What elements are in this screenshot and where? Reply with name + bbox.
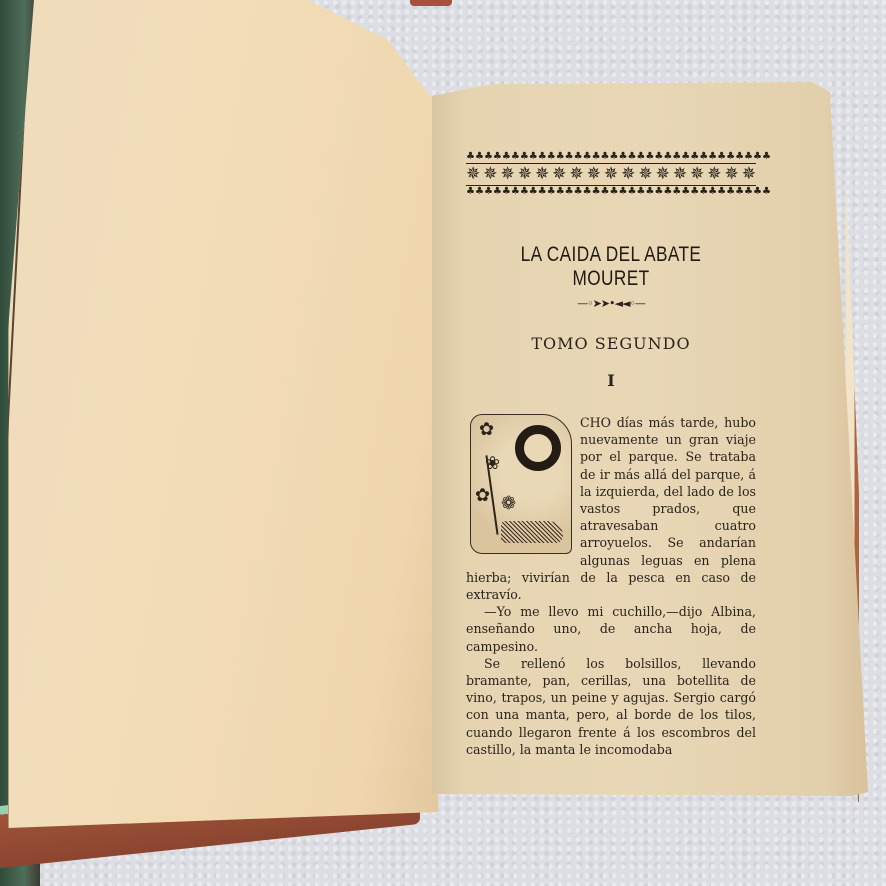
ornament-glyph-icon: ♣	[502, 187, 511, 197]
ornament-glyph-icon: ♣	[717, 187, 726, 197]
ornament-glyph-icon: ♣	[466, 152, 475, 162]
other-book-corner	[410, 0, 452, 6]
ornament-glyph-icon: ♣	[583, 187, 592, 197]
right-printed-page: ♣♣♣♣♣♣♣♣♣♣♣♣♣♣♣♣♣♣♣♣♣♣♣♣♣♣♣♣♣♣♣♣♣♣ ✵✵✵✵✵…	[432, 82, 868, 796]
ornament-glyph-icon: ♣	[610, 152, 619, 162]
paragraph-3: Se rellenó los bolsillos, llevando brama…	[466, 655, 756, 758]
ornament-glyph-icon: ♣	[520, 187, 529, 197]
ornament-glyph-icon: ♣	[538, 187, 547, 197]
ornament-glyph-icon: ♣	[672, 152, 681, 162]
header-ornament-band: ♣♣♣♣♣♣♣♣♣♣♣♣♣♣♣♣♣♣♣♣♣♣♣♣♣♣♣♣♣♣♣♣♣♣ ✵✵✵✵✵…	[466, 152, 756, 197]
flower-icon: ❁	[501, 495, 516, 512]
ornament-rosette-row: ✵✵✵✵✵✵✵✵✵✵✵✵✵✵✵✵✵	[466, 165, 756, 184]
ornament-glyph-icon: ✵	[742, 165, 756, 184]
ornament-glyph-icon: ♣	[699, 152, 708, 162]
ornament-glyph-icon: ♣	[672, 187, 681, 197]
ornament-glyph-icon: ♣	[583, 152, 592, 162]
ornament-glyph-icon: ♣	[654, 152, 663, 162]
ornament-glyph-icon: ✵	[725, 165, 739, 184]
ornament-glyph-icon: ♣	[663, 187, 672, 197]
ornament-glyph-icon: ♣	[735, 152, 744, 162]
volume-heading: TOMO SEGUNDO	[466, 334, 756, 353]
ornament-glyph-icon: ✵	[587, 165, 601, 184]
ornament-glyph-icon: ✵	[466, 165, 480, 184]
ornament-glyph-icon: ♣	[762, 152, 771, 162]
ornament-glyph-icon: ✵	[535, 165, 549, 184]
ornament-glyph-icon: ♣	[726, 187, 735, 197]
ornament-glyph-icon: ♣	[511, 152, 520, 162]
ornament-glyph-icon: ♣	[753, 187, 762, 197]
ornament-glyph-icon: ✵	[500, 165, 514, 184]
ornament-glyph-icon: ♣	[493, 187, 502, 197]
ornament-glyph-icon: ✵	[552, 165, 566, 184]
ornament-glyph-icon: ♣	[520, 152, 529, 162]
chapter-number: I	[466, 371, 756, 390]
ornament-glyph-icon: ♣	[565, 187, 574, 197]
ornament-glyph-icon: ♣	[708, 152, 717, 162]
ornament-glyph-icon: ♣	[484, 187, 493, 197]
ornament-glyph-icon: ✵	[483, 165, 497, 184]
ornament-glyph-icon: ✵	[638, 165, 652, 184]
ornament-glyph-icon: ♣	[484, 152, 493, 162]
ornament-glyph-icon: ♣	[618, 152, 627, 162]
flower-icon: ❀	[485, 455, 500, 472]
ornament-glyph-icon: ♣	[690, 187, 699, 197]
ornament-glyph-icon: ♣	[574, 152, 583, 162]
ornament-glyph-icon: ♣	[735, 187, 744, 197]
page-content: ♣♣♣♣♣♣♣♣♣♣♣♣♣♣♣♣♣♣♣♣♣♣♣♣♣♣♣♣♣♣♣♣♣♣ ✵✵✵✵✵…	[466, 152, 756, 758]
ornament-glyph-icon: ♣	[645, 187, 654, 197]
ornament-glyph-icon: ♣	[574, 187, 583, 197]
ornament-glyph-icon: ✵	[656, 165, 670, 184]
book-title: LA CAIDA DEL ABATE MOURET	[492, 243, 730, 291]
ornament-glyph-icon: ♣	[636, 152, 645, 162]
ornament-glyph-icon: ♣	[502, 152, 511, 162]
ornament-glyph-icon: ♣	[690, 152, 699, 162]
ornament-glyph-icon: ♣	[753, 152, 762, 162]
ornament-row-top: ♣♣♣♣♣♣♣♣♣♣♣♣♣♣♣♣♣♣♣♣♣♣♣♣♣♣♣♣♣♣♣♣♣♣	[466, 152, 756, 162]
ornament-glyph-icon: ♣	[565, 152, 574, 162]
ornament-glyph-icon: ♣	[601, 187, 610, 197]
ornament-glyph-icon: ✵	[621, 165, 635, 184]
ornament-glyph-icon: ♣	[663, 152, 672, 162]
ornament-glyph-icon: ♣	[493, 152, 502, 162]
ornament-glyph-icon: ✵	[707, 165, 721, 184]
ornament-glyph-icon: ♣	[681, 187, 690, 197]
ornament-glyph-icon: ♣	[708, 187, 717, 197]
ornament-glyph-icon: ♣	[627, 152, 636, 162]
ornament-glyph-icon: ♣	[511, 187, 520, 197]
drop-cap-letter-o	[515, 425, 561, 471]
ornament-glyph-icon: ♣	[466, 187, 475, 197]
ornament-glyph-icon: ♣	[744, 152, 753, 162]
ornament-glyph-icon: ♣	[627, 187, 636, 197]
ornament-row-bottom: ♣♣♣♣♣♣♣♣♣♣♣♣♣♣♣♣♣♣♣♣♣♣♣♣♣♣♣♣♣♣♣♣♣♣	[466, 187, 756, 197]
ornament-glyph-icon: ♣	[610, 187, 619, 197]
ornament-glyph-icon: ♣	[592, 187, 601, 197]
ornament-glyph-icon: ♣	[529, 187, 538, 197]
ornament-glyph-icon: ✵	[673, 165, 687, 184]
ornament-glyph-icon: ♣	[547, 187, 556, 197]
ornament-glyph-icon: ✵	[690, 165, 704, 184]
paragraph-2: —Yo me llevo mi cuchillo,—dijo Albina, e…	[466, 603, 756, 655]
ornament-glyph-icon: ♣	[744, 187, 753, 197]
ornament-glyph-icon: ♣	[699, 187, 708, 197]
ornament-glyph-icon: ✵	[569, 165, 583, 184]
ornament-glyph-icon: ♣	[556, 187, 565, 197]
ornament-glyph-icon: ♣	[547, 152, 556, 162]
ornamental-drop-cap-o-icon: ✿ ❀ ✿ ❁	[470, 414, 572, 554]
ornament-glyph-icon: ♣	[618, 187, 627, 197]
ornament-glyph-icon: ♣	[592, 152, 601, 162]
chapter-body-text: ✿ ❀ ✿ ❁ CHO días más tarde, hubo nuevame…	[466, 414, 756, 758]
landscape-illustration	[501, 521, 563, 543]
photo-scene: ♣♣♣♣♣♣♣♣♣♣♣♣♣♣♣♣♣♣♣♣♣♣♣♣♣♣♣♣♣♣♣♣♣♣ ✵✵✵✵✵…	[0, 0, 886, 886]
left-blank-page	[8, 0, 439, 828]
ornament-glyph-icon: ♣	[726, 152, 735, 162]
ornament-glyph-icon: ♣	[475, 187, 484, 197]
ornament-glyph-icon: ♣	[762, 187, 771, 197]
ornament-glyph-icon: ♣	[601, 152, 610, 162]
flower-icon: ✿	[479, 421, 494, 438]
ornament-glyph-icon: ♣	[636, 187, 645, 197]
ornament-glyph-icon: ♣	[681, 152, 690, 162]
ornament-glyph-icon: ♣	[654, 187, 663, 197]
ornament-glyph-icon: ♣	[475, 152, 484, 162]
title-divider-ornament: —◦➤➤•◄◄◦—	[466, 297, 756, 310]
ornament-glyph-icon: ♣	[538, 152, 547, 162]
ornament-glyph-icon: ♣	[556, 152, 565, 162]
ornament-glyph-icon: ♣	[529, 152, 538, 162]
flower-icon: ✿	[475, 487, 490, 504]
ornament-glyph-icon: ♣	[717, 152, 726, 162]
ornament-glyph-icon: ✵	[604, 165, 618, 184]
ornament-glyph-icon: ✵	[518, 165, 532, 184]
ornament-glyph-icon: ♣	[645, 152, 654, 162]
